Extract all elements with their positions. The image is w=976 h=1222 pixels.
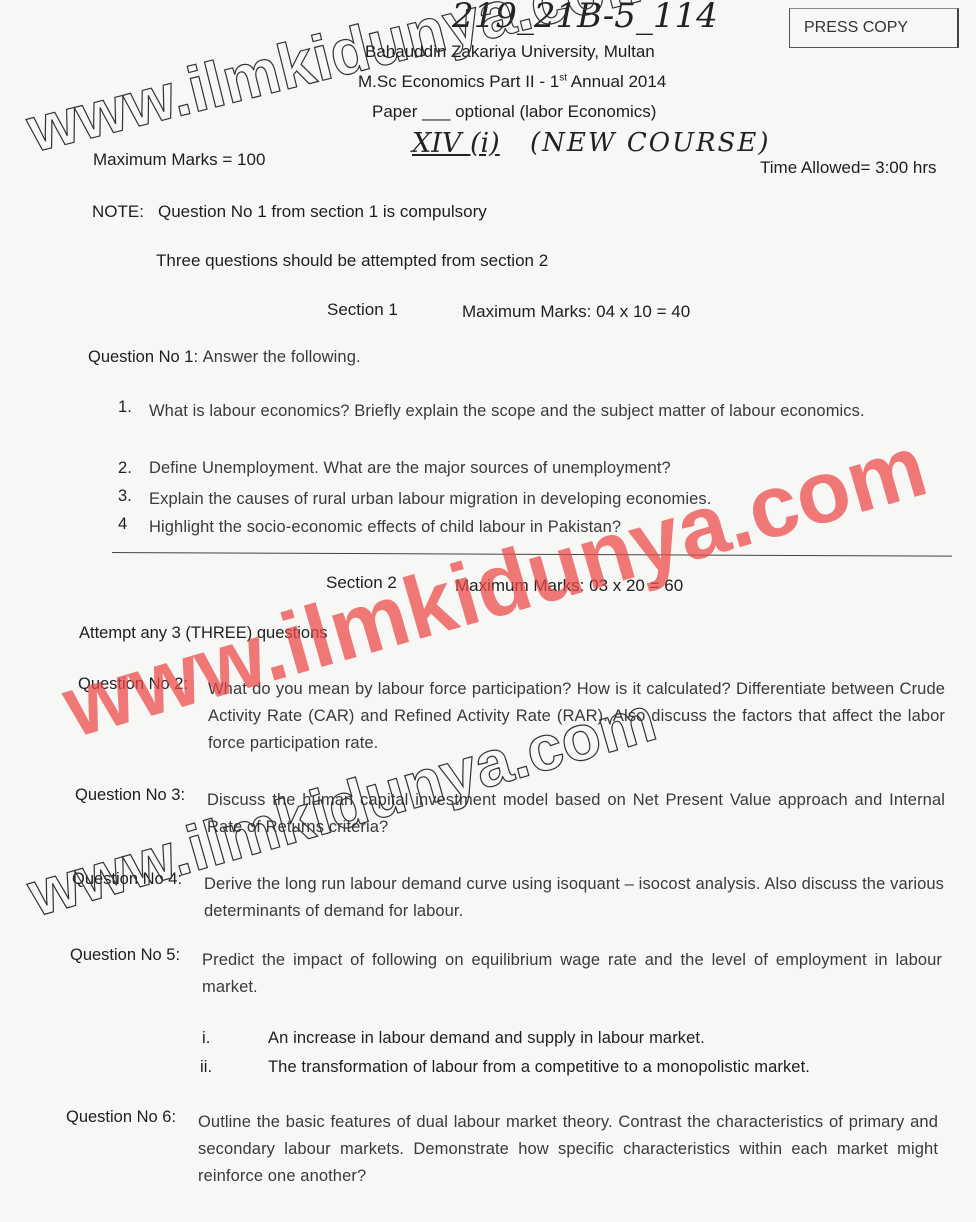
- item-2-text: Define Unemployment. What are the major …: [149, 455, 671, 482]
- question-1-text: Answer the following.: [203, 348, 361, 366]
- question-4-label: Question No 4:: [72, 870, 182, 889]
- item-4-number: 4: [118, 515, 127, 534]
- section-2-marks: Maximum Marks: 03 x 20 = 60: [455, 576, 683, 596]
- press-copy-stamp: PRESS COPY: [789, 8, 959, 48]
- item-1-text: What is labour economics? Briefly explai…: [149, 398, 951, 425]
- question-6-label: Question No 6:: [66, 1108, 176, 1127]
- section-divider: [112, 552, 952, 557]
- question-3-text: Discuss the human capital investment mod…: [207, 787, 945, 841]
- handwritten-course-note: (NEW COURSE): [530, 128, 771, 158]
- question-5-sub-ii-text: The transformation of labour from a comp…: [268, 1058, 810, 1077]
- question-5-label: Question No 5:: [70, 946, 180, 965]
- handwritten-code: 219_21B-5_114: [452, 0, 718, 36]
- section-2-title: Section 2: [326, 573, 397, 593]
- note-line-2: Three questions should be attempted from…: [156, 251, 548, 271]
- program-title: M.Sc Economics Part II - 1st Annual 2014: [358, 72, 666, 92]
- max-marks-total: Maximum Marks = 100: [93, 150, 265, 170]
- handwritten-paper-number: XIV (i): [412, 128, 500, 159]
- program-sup: st: [559, 72, 567, 83]
- item-2-number: 2.: [118, 459, 132, 478]
- item-3-text: Explain the causes of rural urban labour…: [149, 486, 711, 513]
- question-2-label: Question No 2:: [78, 675, 188, 694]
- press-copy-label: PRESS COPY: [804, 19, 908, 36]
- section-2-instruction: Attempt any 3 (THREE) questions: [79, 624, 328, 643]
- time-allowed: Time Allowed= 3:00 hrs: [760, 158, 937, 178]
- section-1-title: Section 1: [327, 300, 398, 320]
- program-main: M.Sc Economics Part II - 1: [358, 72, 559, 91]
- note-line-1: Question No 1 from section 1 is compulso…: [158, 202, 487, 222]
- question-4-text: Derive the long run labour demand curve …: [204, 871, 944, 925]
- question-2-text: What do you mean by labour force partici…: [208, 676, 945, 757]
- program-tail: Annual 2014: [567, 72, 666, 91]
- paper-title: Paper ___ optional (labor Economics): [372, 102, 656, 122]
- item-4-text: Highlight the socio-economic effects of …: [149, 514, 621, 541]
- item-3-number: 3.: [118, 487, 132, 506]
- question-1-label: Question No 1:: [88, 348, 198, 366]
- item-1-number: 1.: [118, 398, 132, 417]
- university-name: Bahauddin Zakariya University, Multan: [365, 42, 655, 62]
- question-5-sub-ii-number: ii.: [200, 1058, 212, 1077]
- question-5-sub-i-text: An increase in labour demand and supply …: [268, 1029, 705, 1048]
- section-1-marks: Maximum Marks: 04 x 10 = 40: [462, 302, 690, 322]
- question-5-sub-i-number: i.: [202, 1029, 210, 1048]
- question-5-text: Predict the impact of following on equil…: [202, 947, 942, 1001]
- question-3-label: Question No 3:: [75, 786, 185, 805]
- question-1: Question No 1: Answer the following.: [88, 348, 361, 367]
- note-label: NOTE:: [92, 202, 144, 222]
- question-6-text: Outline the basic features of dual labou…: [198, 1109, 938, 1190]
